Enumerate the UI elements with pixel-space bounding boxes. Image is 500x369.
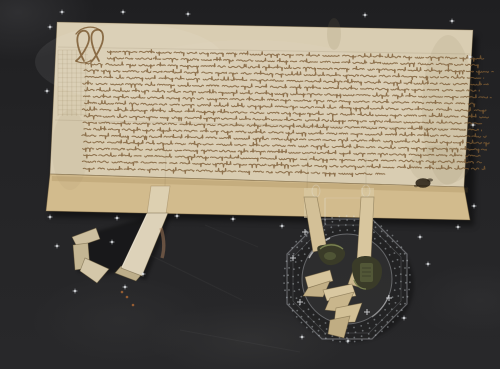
sparkle-core: [49, 26, 51, 28]
perforation-dot: [290, 296, 292, 298]
sparkle-core: [74, 290, 76, 292]
perforation-dot: [293, 303, 295, 305]
perforation-dot: [381, 230, 383, 232]
perforation-dot: [297, 274, 299, 276]
perforation-dot: [296, 246, 298, 248]
perforation-dot: [283, 275, 285, 277]
perforation-dot: [400, 253, 402, 255]
perforation-dot: [301, 322, 303, 324]
perforation-dot: [292, 310, 294, 312]
perforation-dot: [313, 321, 315, 323]
parchment-charter: [35, 18, 496, 220]
sparkle-core: [111, 241, 113, 243]
sparkle-core: [232, 218, 234, 220]
perforation-dot: [318, 318, 320, 320]
perforation-dot: [375, 226, 377, 228]
sparkle-core: [176, 215, 178, 217]
sparkle-core: [187, 13, 189, 15]
sparkle-pin: [450, 19, 455, 24]
perforation-dot: [387, 235, 389, 237]
perforation-dot: [313, 314, 315, 316]
perforation-dot: [404, 289, 406, 291]
perforation-dot: [409, 281, 411, 283]
perforation-dot: [380, 225, 382, 227]
perforation-dot: [288, 254, 290, 256]
perforation-dot: [395, 302, 397, 304]
perforation-dot: [384, 309, 386, 311]
sparkle-core: [457, 226, 459, 228]
perforation-dot: [318, 335, 320, 337]
perforation-dot: [396, 310, 398, 312]
sparkle-core: [301, 336, 303, 338]
sparkle-pin: [48, 25, 53, 30]
perforation-dot: [345, 224, 347, 226]
perforation-dot: [408, 267, 410, 269]
perforation-dot: [367, 322, 369, 324]
perforation-dot: [375, 330, 377, 332]
perforation-dot: [287, 282, 289, 284]
sparkle-pin: [186, 12, 191, 17]
sparkle-core: [347, 340, 349, 342]
perforation-dot: [354, 230, 356, 232]
perforation-dot: [290, 260, 292, 262]
perforation-dot: [306, 321, 308, 323]
perforation-dot: [401, 246, 403, 248]
perforation-dot: [288, 267, 290, 269]
perforation-dot: [331, 217, 333, 219]
perforation-dot: [387, 326, 389, 328]
rust-specks: [121, 291, 135, 307]
perforation-dot: [325, 337, 327, 339]
strip-through-plica: [147, 186, 170, 214]
perforation-dot: [300, 235, 302, 237]
perforation-dot: [402, 260, 404, 262]
sparkle-core: [281, 225, 283, 227]
perforation-dot: [355, 331, 357, 333]
perforation-dot: [330, 226, 332, 228]
strip-stain: [161, 228, 164, 258]
sparkle-core: [142, 273, 144, 275]
perforation-dot: [291, 247, 293, 249]
perforation-dot: [385, 240, 387, 242]
sparkle-pin: [363, 13, 368, 18]
perforation-dot: [385, 248, 387, 250]
perforation-dot: [293, 253, 295, 255]
perforation-dot: [286, 260, 288, 262]
sparkle-core: [61, 11, 63, 13]
sparkle-core: [49, 216, 51, 218]
perforation-dot: [392, 261, 394, 263]
perforation-dot: [296, 316, 298, 318]
perforation-dot: [379, 236, 381, 238]
perforation-dot: [353, 337, 355, 339]
perforation-dot: [407, 296, 409, 298]
sparkle-pin: [418, 235, 423, 240]
perforation-dot: [395, 282, 397, 284]
perforation-dot: [374, 238, 376, 240]
rust-speck: [132, 304, 135, 307]
perforation-dot: [386, 321, 388, 323]
perforation-dot: [307, 316, 309, 318]
sparkle-core: [427, 263, 429, 265]
perforation-dot: [298, 254, 300, 256]
sparkle-core: [419, 236, 421, 238]
perforation-dot: [284, 289, 286, 291]
perforation-dot: [353, 327, 355, 329]
perforation-dot: [397, 315, 399, 317]
perforation-dot: [296, 310, 298, 312]
perforation-dot: [304, 253, 306, 255]
perforation-dot: [346, 229, 348, 231]
sparkle-core: [472, 124, 474, 126]
perforation-dot: [408, 289, 410, 291]
perforation-dot: [339, 230, 341, 232]
sparkle-pin: [121, 10, 126, 15]
perforation-dot: [404, 253, 406, 255]
sparkle-pin: [123, 285, 128, 290]
perforation-dot: [303, 310, 305, 312]
perforation-dot: [312, 331, 314, 333]
perforation-dot: [301, 241, 303, 243]
sparkle-core: [469, 56, 471, 58]
sparkle-core: [451, 20, 453, 22]
perforation-dot: [400, 273, 402, 275]
perforation-dot: [396, 247, 398, 249]
perforation-dot: [308, 308, 310, 310]
perforation-dot: [347, 332, 349, 334]
perforation-dot: [394, 252, 396, 254]
sparkle-core: [116, 217, 118, 219]
sparkle-pin: [55, 244, 60, 249]
perforation-dot: [401, 309, 403, 311]
perforation-dot: [301, 260, 303, 262]
sparkle-pin: [45, 89, 50, 94]
sparkle-core: [56, 245, 58, 247]
perforation-dot: [392, 321, 394, 323]
perforation-dot: [404, 267, 406, 269]
perforation-dot: [301, 316, 303, 318]
perforation-dot: [332, 340, 334, 342]
sparkle-pin: [60, 10, 65, 15]
rust-speck: [126, 296, 129, 299]
perforation-dot: [381, 319, 383, 321]
perforation-dot: [392, 241, 394, 243]
perforation-dot: [292, 283, 294, 285]
scratch-mark: [205, 225, 258, 247]
perforation-dot: [353, 216, 355, 218]
perforation-dot: [295, 241, 297, 243]
sparkle-pin: [280, 224, 285, 229]
perforation-dot: [306, 327, 308, 329]
perforation-dot: [399, 266, 401, 268]
perforation-dot: [369, 327, 371, 329]
perforation-dot: [361, 335, 363, 337]
perforation-dot: [405, 274, 407, 276]
perforation-dot: [293, 268, 295, 270]
perforation-dot: [286, 297, 288, 299]
perforation-dot: [354, 341, 356, 343]
sparkle-core: [473, 205, 475, 207]
sparkle-pin: [426, 262, 431, 267]
perforation-dot: [389, 254, 391, 256]
perforation-dot: [400, 303, 402, 305]
perforation-dot: [374, 319, 376, 321]
perforation-dot: [292, 276, 294, 278]
sparkle-core: [122, 11, 124, 13]
sparkle-core: [403, 317, 405, 319]
perforation-dot: [318, 330, 320, 332]
sparkle-core: [124, 286, 126, 288]
perforation-dot: [397, 259, 399, 261]
perforation-dot: [404, 303, 406, 305]
perforation-dot: [360, 325, 362, 327]
perforation-dot: [354, 220, 356, 222]
perforation-dot: [386, 230, 388, 232]
perforation-dot: [324, 333, 326, 335]
charter-scene: [0, 0, 500, 369]
perforation-dot: [296, 297, 298, 299]
perforation-dot: [406, 260, 408, 262]
perforation-dot: [326, 328, 328, 330]
perforation-dot: [288, 303, 290, 305]
perforation-dot: [374, 222, 376, 224]
perforation-dot: [362, 330, 364, 332]
perforation-dot: [308, 247, 310, 249]
perforation-dot: [388, 303, 390, 305]
perforation-dot: [346, 215, 348, 217]
perforation-dot: [392, 316, 394, 318]
perforation-dot: [306, 235, 308, 237]
perforation-dot: [379, 314, 381, 316]
perforation-dot: [287, 274, 289, 276]
perforation-dot: [297, 282, 299, 284]
perforation-dot: [325, 234, 327, 236]
perforation-dot: [396, 240, 398, 242]
perforation-dot: [304, 302, 306, 304]
perforation-dot: [294, 290, 296, 292]
perforation-dot: [284, 268, 286, 270]
perforation-dot: [283, 282, 285, 284]
sparkle-core: [46, 90, 48, 92]
perforation-dot: [300, 296, 302, 298]
perforation-dot: [319, 325, 321, 327]
sparkle-pin: [300, 335, 305, 340]
sparkle-pin: [73, 289, 78, 294]
perforation-dot: [338, 216, 340, 218]
perforation-dot: [339, 341, 341, 343]
perforation-dot: [397, 295, 399, 297]
perforation-dot: [381, 331, 383, 333]
perforation-dot: [311, 326, 313, 328]
perforation-dot: [390, 246, 392, 248]
scratch-mark: [150, 255, 242, 300]
perforation-dot: [339, 220, 341, 222]
perforation-dot: [338, 225, 340, 227]
perforation-dot: [373, 231, 375, 233]
perforation-dot: [332, 231, 334, 233]
perforation-dot: [306, 242, 308, 244]
perforation-dot: [380, 242, 382, 244]
perforation-dot: [346, 337, 348, 339]
perforation-dot: [395, 275, 397, 277]
perforation-dot: [391, 308, 393, 310]
perforation-dot: [346, 219, 348, 221]
perforation-dot: [394, 268, 396, 270]
sparkle-core: [364, 14, 366, 16]
perforation-dot: [301, 248, 303, 250]
perforation-dot: [368, 333, 370, 335]
perforation-dot: [405, 282, 407, 284]
seal-mottle: [324, 252, 336, 260]
perforation-dot: [298, 289, 300, 291]
rust-speck: [121, 291, 124, 294]
scratch-mark: [180, 330, 300, 352]
perforation-dot: [352, 225, 354, 227]
perforation-dot: [375, 334, 377, 336]
perforation-dot: [394, 289, 396, 291]
perforation-dot: [409, 274, 411, 276]
perforation-dot: [332, 221, 334, 223]
perforation-dot: [368, 337, 370, 339]
perforation-dot: [375, 324, 377, 326]
perforation-dot: [361, 339, 363, 341]
perforation-dot: [325, 322, 327, 324]
perforation-dot: [295, 261, 297, 263]
archival-photo: [0, 0, 500, 369]
perforation-dot: [399, 288, 401, 290]
perforation-dot: [400, 281, 402, 283]
perforation-dot: [288, 289, 290, 291]
perforation-dot: [381, 326, 383, 328]
perforation-dot: [392, 235, 394, 237]
perforation-dot: [298, 267, 300, 269]
perforation-dot: [386, 314, 388, 316]
pendant-parchment-strip: [72, 213, 171, 283]
perforation-dot: [402, 296, 404, 298]
